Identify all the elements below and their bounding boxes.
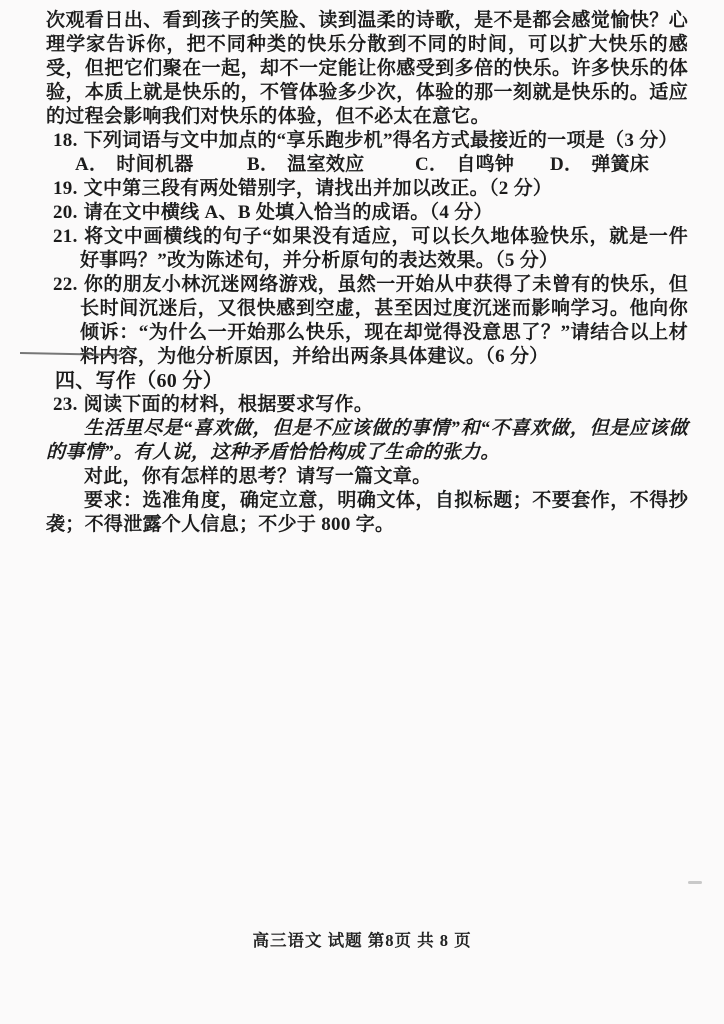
intro-paragraph: 次观看日出、看到孩子的笑脸、读到温柔的诗歌，是不是都会感觉愉快？心理学家告诉你，… bbox=[46, 9, 688, 129]
option-b-text: 温室效应 bbox=[287, 154, 364, 175]
page-footer: 高三语文 试题 第8页 共 8 页 bbox=[0, 927, 724, 951]
material-paragraph: 生活里尽是“喜欢做，但是不应该做的事情”和“不喜欢做，但是应该做的事情”。有人说… bbox=[46, 417, 688, 465]
option-d-label: D． bbox=[550, 154, 591, 175]
option-d-text: 弹簧床 bbox=[591, 154, 649, 175]
page-content: 次观看日出、看到孩子的笑脸、读到温柔的诗歌，是不是都会感觉愉快？心理学家告诉你，… bbox=[46, 9, 688, 537]
question-21: 21.将文中画横线的句子“如果没有适应，可以长久地体验快乐，就是一件好事吗？”改… bbox=[53, 225, 688, 273]
option-c-text: 自鸣钟 bbox=[456, 154, 514, 175]
requirements-paragraph: 要求：选准角度，确定立意，明确文体，自拟标题；不要套作，不得抄袭；不得泄露个人信… bbox=[46, 489, 688, 537]
question-20: 20.请在文中横线 A、B 处填入恰当的成语。（4 分） bbox=[53, 201, 688, 225]
section-heading-writing: 四、写作（60 分） bbox=[55, 369, 688, 393]
question-18-number: 18. bbox=[53, 130, 84, 151]
option-c-label: C． bbox=[415, 154, 456, 175]
question-23-number: 23. bbox=[53, 394, 84, 415]
scan-artifact-smudge bbox=[688, 881, 702, 884]
option-d: D．弹簧床 bbox=[550, 153, 649, 177]
question-23-intro: 23.阅读下面的材料，根据要求写作。 bbox=[53, 393, 688, 417]
question-18-options: A．时间机器B．温室效应C．自鸣钟D．弹簧床 bbox=[75, 153, 688, 177]
question-22-number: 22. bbox=[53, 274, 84, 295]
option-b-label: B． bbox=[247, 154, 287, 175]
option-a: A．时间机器 bbox=[75, 153, 247, 177]
question-22-text: 你的朋友小林沉迷网络游戏，虽然一开始从中获得了未曾有的快乐，但长时间沉迷后，又很… bbox=[80, 274, 688, 367]
option-a-label: A． bbox=[75, 154, 116, 175]
question-22: 22.你的朋友小林沉迷网络游戏，虽然一开始从中获得了未曾有的快乐，但长时间沉迷后… bbox=[53, 273, 688, 369]
question-23: 23.阅读下面的材料，根据要求写作。 生活里尽是“喜欢做，但是不应该做的事情”和… bbox=[46, 393, 688, 537]
question-20-text: 请在文中横线 A、B 处填入恰当的成语。（4 分） bbox=[84, 202, 493, 223]
question-19-number: 19. bbox=[53, 178, 84, 199]
option-c: C．自鸣钟 bbox=[415, 153, 550, 177]
question-18-text: 下列词语与文中加点的“享乐跑步机”得名方式最接近的一项是（3 分） bbox=[84, 130, 678, 151]
question-21-text: 将文中画横线的句子“如果没有适应，可以长久地体验快乐，就是一件好事吗？”改为陈述… bbox=[80, 226, 688, 271]
prompt-line: 对此，你有怎样的思考？请写一篇文章。 bbox=[46, 465, 688, 489]
question-21-number: 21. bbox=[53, 226, 84, 247]
question-23-intro-text: 阅读下面的材料，根据要求写作。 bbox=[84, 394, 374, 415]
exam-paper-page: 次观看日出、看到孩子的笑脸、读到温柔的诗歌，是不是都会感觉愉快？心理学家告诉你，… bbox=[0, 0, 724, 1024]
question-18: 18.下列词语与文中加点的“享乐跑步机”得名方式最接近的一项是（3 分） bbox=[53, 129, 688, 153]
question-20-number: 20. bbox=[53, 202, 84, 223]
question-19-text: 文中第三段有两处错别字，请找出并加以改正。（2 分） bbox=[84, 178, 553, 199]
option-a-text: 时间机器 bbox=[116, 154, 193, 175]
option-b: B．温室效应 bbox=[247, 153, 415, 177]
question-19: 19.文中第三段有两处错别字，请找出并加以改正。（2 分） bbox=[53, 177, 688, 201]
